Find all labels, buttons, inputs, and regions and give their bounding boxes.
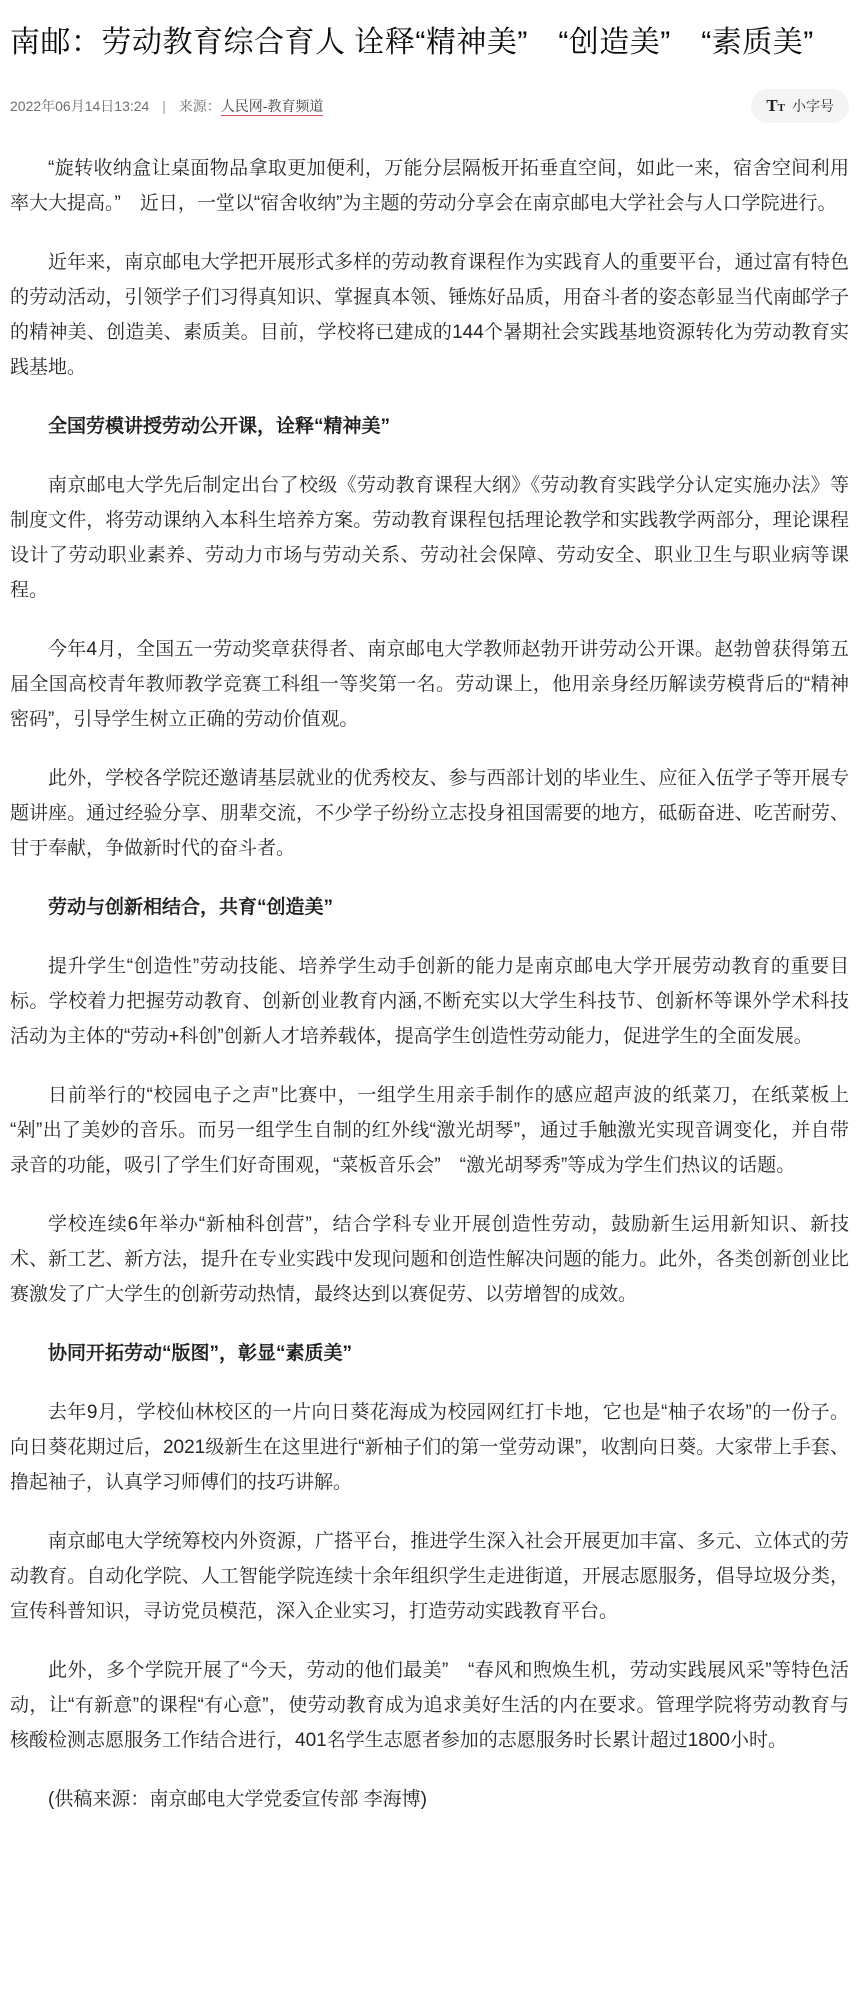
meta-row: 2022年06月14日13:24 | 来源：人民网-教育频道 TT 小字号: [10, 89, 849, 123]
source-label: 来源：: [179, 98, 221, 114]
meta-separator: |: [162, 98, 166, 114]
article-paragraph: 此外，学校各学院还邀请基层就业的优秀校友、参与西部计划的毕业生、应征入伍学子等开…: [10, 761, 849, 866]
article-paragraph: 近年来，南京邮电大学把开展形式多样的劳动教育课程作为实践育人的重要平台，通过富有…: [10, 245, 849, 385]
article-paragraph: 南京邮电大学先后制定出台了校级《劳动教育课程大纲》《劳动教育实践学分认定实施办法…: [10, 468, 849, 608]
article-paragraph: 去年9月，学校仙林校区的一片向日葵花海成为校园网红打卡地，它也是“柚子农场”的一…: [10, 1395, 849, 1500]
article-subheading: 劳动与创新相结合，共育“创造美”: [10, 890, 849, 925]
article-paragraph: 学校连续6年举办“新柚科创营”，结合学科专业开展创造性劳动，鼓励新生运用新知识、…: [10, 1207, 849, 1312]
article-meta: 2022年06月14日13:24 | 来源：人民网-教育频道: [10, 96, 323, 116]
article-paragraph: (供稿来源：南京邮电大学党委宣传部 李海博): [10, 1782, 849, 1817]
font-size-label: 小字号: [792, 96, 834, 116]
font-size-icon: TT: [766, 96, 785, 116]
publish-datetime: 2022年06月14日13:24: [10, 98, 149, 114]
article-page: 南邮：劳动教育综合育人 诠释“精神美” “创造美” “素质美” 2022年06月…: [0, 20, 859, 1881]
article-paragraph: 日前举行的“校园电子之声”比赛中，一组学生用亲手制作的感应超声波的纸菜刀，在纸菜…: [10, 1078, 849, 1183]
font-size-button[interactable]: TT 小字号: [751, 89, 849, 123]
article-paragraph: 此外，多个学院开展了“今天，劳动的他们最美” “春风和煦焕生机，劳动实践展风采”…: [10, 1653, 849, 1758]
article-subheading: 全国劳模讲授劳动公开课，诠释“精神美”: [10, 409, 849, 444]
source-link[interactable]: 人民网-教育频道: [221, 98, 324, 116]
article-paragraph: “旋转收纳盒让桌面物品拿取更加便利，万能分层隔板开拓垂直空间，如此一来，宿舍空间…: [10, 151, 849, 221]
article-paragraph: 今年4月，全国五一劳动奖章获得者、南京邮电大学教师赵勃开讲劳动公开课。赵勃曾获得…: [10, 632, 849, 737]
article-subheading: 协同开拓劳动“版图”，彰显“素质美”: [10, 1336, 849, 1371]
page-title: 南邮：劳动教育综合育人 诠释“精神美” “创造美” “素质美”: [10, 20, 849, 65]
article-paragraph: 提升学生“创造性”劳动技能、培养学生动手创新的能力是南京邮电大学开展劳动教育的重…: [10, 949, 849, 1054]
article-body: “旋转收纳盒让桌面物品拿取更加便利，万能分层隔板开拓垂直空间，如此一来，宿舍空间…: [10, 151, 849, 1817]
article-paragraph: 南京邮电大学统筹校内外资源，广搭平台，推进学生深入社会开展更加丰富、多元、立体式…: [10, 1524, 849, 1629]
